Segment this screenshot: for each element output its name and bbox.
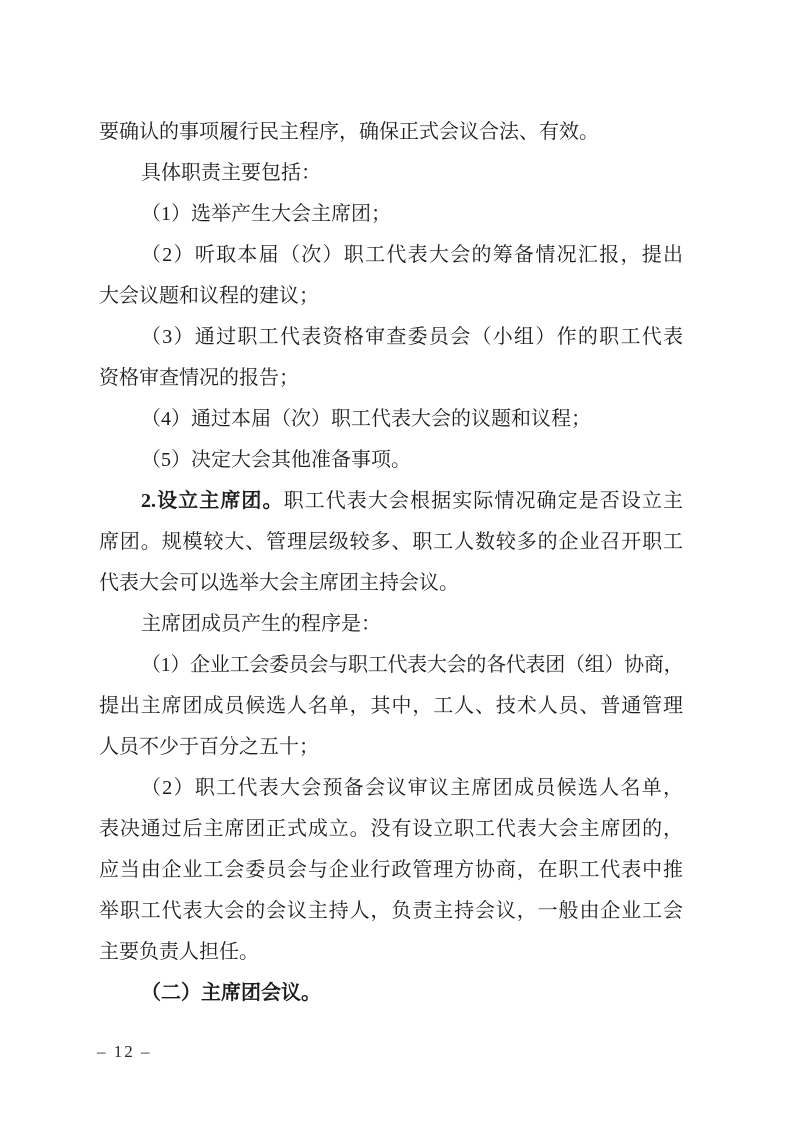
text-segment: （4）通过本届（次）职工代表大会的议题和议程； bbox=[141, 408, 591, 430]
text-line: 主要负责人担任。 bbox=[99, 932, 683, 973]
text-segment: 具体职责主要包括： bbox=[141, 162, 321, 184]
text-segment: 举职工代表大会的会议主持人，负责主持会议，一般由企业工会 bbox=[99, 900, 683, 922]
text-line: （2）听取本届（次）职工代表大会的筹备情况汇报，提出 bbox=[99, 235, 683, 276]
text-segment: 主席团成员产生的程序是： bbox=[141, 613, 381, 635]
text-line: 席团。规模较大、管理层级较多、职工人数较多的企业召开职工 bbox=[99, 522, 683, 563]
document-page: 要确认的事项履行民主程序，确保正式会议合法、有效。具体职责主要包括：（1）选举产… bbox=[0, 0, 794, 1123]
text-segment: 要确认的事项履行民主程序，确保正式会议合法、有效。 bbox=[99, 121, 599, 143]
text-segment: （1）企业工会委员会与职工代表大会的各代表团（组）协商， bbox=[141, 654, 683, 676]
text-line: （1）选举产生大会主席团； bbox=[99, 194, 683, 235]
text-line: （2）职工代表大会预备会议审议主席团成员候选人名单， bbox=[99, 768, 683, 809]
text-segment: （2）职工代表大会预备会议审议主席团成员候选人名单， bbox=[141, 777, 683, 799]
text-line: （二）主席团会议。 bbox=[99, 973, 683, 1014]
text-segment: 代表大会可以选举大会主席团主持会议。 bbox=[99, 572, 459, 594]
text-line: 大会议题和议程的建议； bbox=[99, 276, 683, 317]
text-segment: 职工代表大会根据实际情况确定是否设立主 bbox=[284, 490, 683, 512]
text-line: 要确认的事项履行民主程序，确保正式会议合法、有效。 bbox=[99, 112, 683, 153]
text-segment: （5）决定大会其他准备事项。 bbox=[141, 449, 411, 471]
bold-text-segment: 2.设立主席团。 bbox=[141, 490, 284, 512]
text-line: 提出主席团成员候选人名单，其中，工人、技术人员、普通管理 bbox=[99, 686, 683, 727]
text-line: （4）通过本届（次）职工代表大会的议题和议程； bbox=[99, 399, 683, 440]
text-segment: （1）选举产生大会主席团； bbox=[141, 203, 391, 225]
text-line: （1）企业工会委员会与职工代表大会的各代表团（组）协商， bbox=[99, 645, 683, 686]
page-number: – 12 – bbox=[97, 1040, 152, 1064]
text-segment: （2）听取本届（次）职工代表大会的筹备情况汇报，提出 bbox=[141, 244, 683, 266]
text-segment: （3）通过职工代表资格审查委员会（小组）作的职工代表 bbox=[141, 326, 683, 348]
text-segment: 提出主席团成员候选人名单，其中，工人、技术人员、普通管理 bbox=[99, 695, 683, 717]
text-segment: 主要负责人担任。 bbox=[99, 941, 259, 963]
text-line: 资格审查情况的报告； bbox=[99, 358, 683, 399]
bold-text-segment: （二）主席团会议。 bbox=[141, 982, 321, 1004]
text-line: 举职工代表大会的会议主持人，负责主持会议，一般由企业工会 bbox=[99, 891, 683, 932]
text-segment: 资格审查情况的报告； bbox=[99, 367, 299, 389]
text-line: 主席团成员产生的程序是： bbox=[99, 604, 683, 645]
text-segment: 应当由企业工会委员会与企业行政管理方协商，在职工代表中推 bbox=[99, 859, 683, 881]
text-line: 应当由企业工会委员会与企业行政管理方协商，在职工代表中推 bbox=[99, 850, 683, 891]
text-segment: 大会议题和议程的建议； bbox=[99, 285, 319, 307]
text-line: （5）决定大会其他准备事项。 bbox=[99, 440, 683, 481]
text-line: 代表大会可以选举大会主席团主持会议。 bbox=[99, 563, 683, 604]
text-line: （3）通过职工代表资格审查委员会（小组）作的职工代表 bbox=[99, 317, 683, 358]
text-line: 具体职责主要包括： bbox=[99, 153, 683, 194]
text-segment: 人员不少于百分之五十； bbox=[99, 736, 319, 758]
text-segment: 表决通过后主席团正式成立。没有设立职工代表大会主席团的， bbox=[99, 818, 683, 840]
text-line: 人员不少于百分之五十； bbox=[99, 727, 683, 768]
text-segment: 席团。规模较大、管理层级较多、职工人数较多的企业召开职工 bbox=[99, 531, 683, 553]
text-line: 2.设立主席团。职工代表大会根据实际情况确定是否设立主 bbox=[99, 481, 683, 522]
document-body: 要确认的事项履行民主程序，确保正式会议合法、有效。具体职责主要包括：（1）选举产… bbox=[99, 112, 683, 1014]
text-line: 表决通过后主席团正式成立。没有设立职工代表大会主席团的， bbox=[99, 809, 683, 850]
